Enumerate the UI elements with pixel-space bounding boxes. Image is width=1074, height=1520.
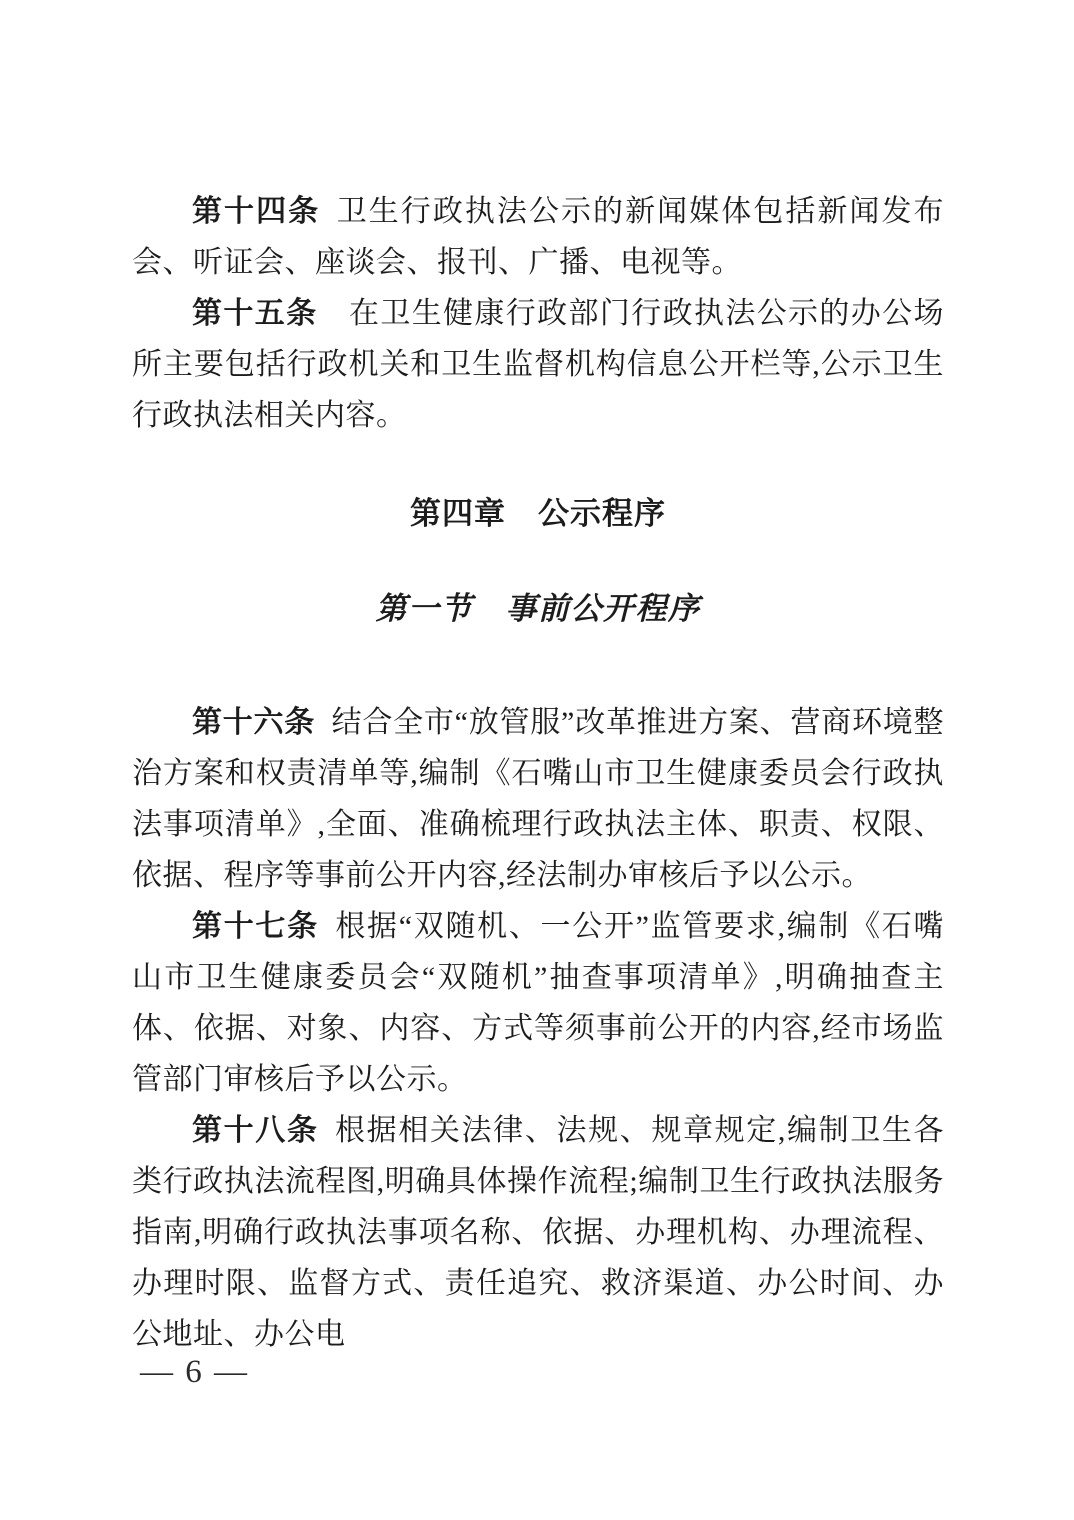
article-17-paragraph: 第十七条根据“双随机、一公开”监管要求,编制《石嘴山市卫生健康委员会“双随机”抽… <box>132 901 944 1105</box>
article-14-number: 第十四条 <box>192 195 320 228</box>
document-page: 第十四条卫生行政执法公示的新闻媒体包括新闻发布会、听证会、座谈会、报刊、广播、电… <box>0 0 1074 1520</box>
page-number: — 6 — <box>140 1352 249 1392</box>
article-16-paragraph: 第十六条结合全市“放管服”改革推进方案、营商环境整治方案和权责清单等,编制《石嘴… <box>132 697 944 901</box>
article-14-paragraph: 第十四条卫生行政执法公示的新闻媒体包括新闻发布会、听证会、座谈会、报刊、广播、电… <box>132 186 944 288</box>
article-15-number: 第十五条 <box>192 297 317 330</box>
article-18-paragraph: 第十八条根据相关法律、法规、规章规定,编制卫生各类行政执法流程图,明确具体操作流… <box>132 1105 944 1360</box>
section-heading: 第一节 事前公开程序 <box>132 583 944 634</box>
article-17-number: 第十七条 <box>192 910 319 943</box>
article-16-number: 第十六条 <box>192 706 315 739</box>
article-18-text: 根据相关法律、法规、规章规定,编制卫生各类行政执法流程图,明确具体操作流程;编制… <box>132 1114 944 1351</box>
article-15-paragraph: 第十五条在卫生健康行政部门行政执法公示的办公场所主要包括行政机关和卫生监督机构信… <box>132 288 944 441</box>
chapter-heading: 第四章 公示程序 <box>132 488 944 539</box>
article-18-number: 第十八条 <box>192 1114 319 1147</box>
document-body: 第十四条卫生行政执法公示的新闻媒体包括新闻发布会、听证会、座谈会、报刊、广播、电… <box>132 0 944 1360</box>
